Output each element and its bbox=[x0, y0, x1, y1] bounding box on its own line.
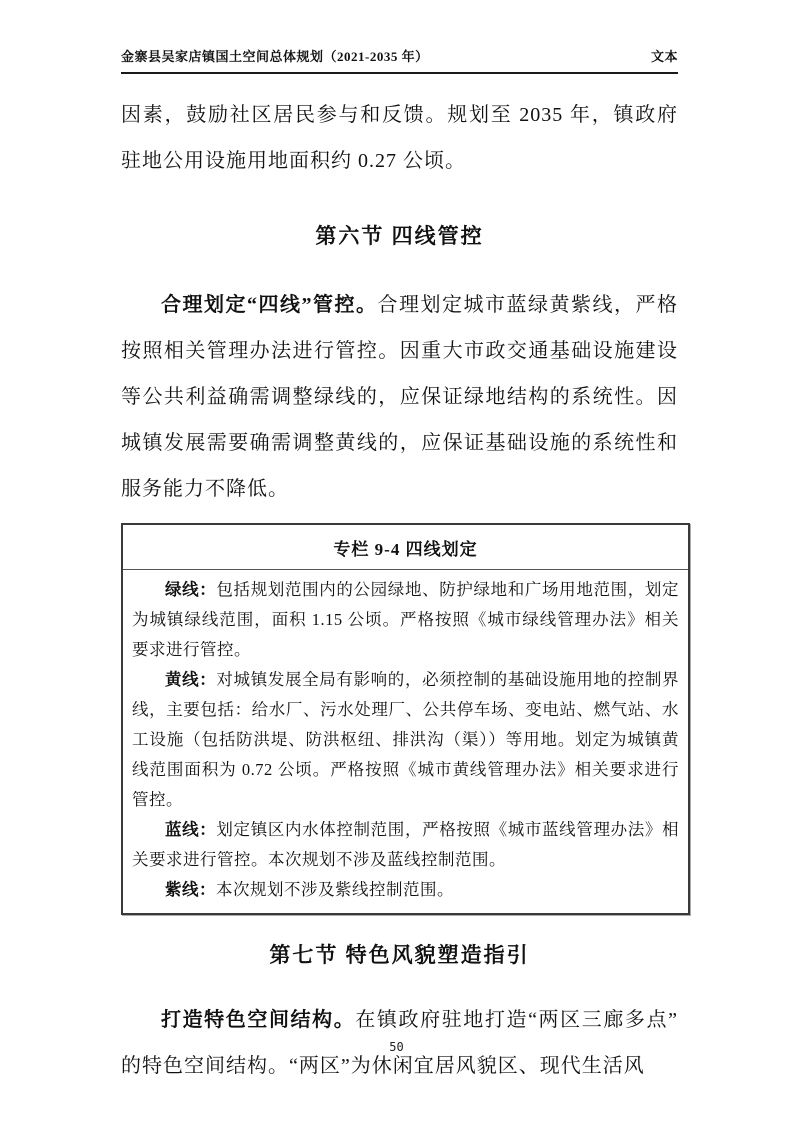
page-content: 因素，鼓励社区居民参与和反馈。规划至 2035 年，镇政府驻地公用设施用地面积约… bbox=[121, 92, 678, 1089]
box-item-blue-line: 蓝线：划定镇区内水体控制范围，严格按照《城市蓝线管理办法》相关要求进行管控。本次… bbox=[132, 815, 679, 875]
box-item-blue-line-label: 蓝线： bbox=[165, 820, 216, 839]
box-item-green-line-label: 绿线： bbox=[165, 580, 216, 599]
section-7-heading: 第七节 特色风貌塑造指引 bbox=[121, 939, 678, 969]
section-7-paragraph-lead: 打造特色空间结构。 bbox=[161, 1009, 355, 1031]
section-6-heading: 第六节 四线管控 bbox=[121, 220, 678, 250]
section-6-paragraph-lead: 合理划定“四线”管控。 bbox=[161, 294, 378, 316]
column-box-body: 绿线：包括规划范围内的公园绿地、防护绿地和广场用地范围，划定为城镇绿线范围，面积… bbox=[123, 570, 688, 913]
box-item-purple-line: 紫线：本次规划不涉及紫线控制范围。 bbox=[132, 875, 679, 905]
box-item-purple-line-label: 紫线： bbox=[165, 880, 216, 899]
header-doc-type: 文本 bbox=[651, 46, 678, 65]
column-box-9-4: 专栏 9-4 四线划定 绿线：包括规划范围内的公园绿地、防护绿地和广场用地范围，… bbox=[121, 523, 690, 915]
box-item-yellow-line-text: 对城镇发展全局有影响的，必须控制的基础设施用地的控制界线，主要包括：给水厂、污水… bbox=[132, 670, 679, 809]
box-item-yellow-line-label: 黄线： bbox=[165, 670, 216, 689]
document-page: 金寨县吴家店镇国土空间总体规划（2021-2035 年） 文本 因素，鼓励社区居… bbox=[0, 0, 793, 1122]
paragraph-continuation: 因素，鼓励社区居民参与和反馈。规划至 2035 年，镇政府驻地公用设施用地面积约… bbox=[121, 92, 678, 184]
header-title: 金寨县吴家店镇国土空间总体规划（2021-2035 年） bbox=[121, 46, 429, 65]
box-item-green-line: 绿线：包括规划范围内的公园绿地、防护绿地和广场用地范围，划定为城镇绿线范围，面积… bbox=[132, 575, 679, 665]
page-header: 金寨县吴家店镇国土空间总体规划（2021-2035 年） 文本 bbox=[121, 46, 678, 74]
column-box-title: 专栏 9-4 四线划定 bbox=[123, 525, 688, 570]
box-item-purple-line-text: 本次规划不涉及紫线控制范围。 bbox=[216, 880, 454, 899]
page-number: 50 bbox=[0, 1040, 793, 1054]
box-item-yellow-line: 黄线：对城镇发展全局有影响的，必须控制的基础设施用地的控制界线，主要包括：给水厂… bbox=[132, 665, 679, 815]
section-6-paragraph: 合理划定“四线”管控。合理划定城市蓝绿黄紫线，严格按照相关管理办法进行管控。因重… bbox=[121, 282, 678, 512]
section-6-paragraph-rest: 合理划定城市蓝绿黄紫线，严格按照相关管理办法进行管控。因重大市政交通基础设施建设… bbox=[121, 294, 678, 500]
